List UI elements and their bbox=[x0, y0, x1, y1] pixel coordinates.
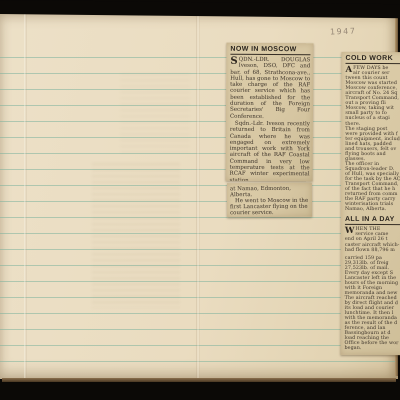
scrapbook-photo: { "annotation": { "page_number": "1947" … bbox=[0, 0, 400, 400]
clipping-paragraph: Sqdn.-Ldr. Iveson recently returned to B… bbox=[229, 121, 309, 182]
cold-work-body: A FEW DAYS beair courier sertween this c… bbox=[345, 66, 400, 213]
drop-cap: A bbox=[345, 66, 352, 75]
all-in-a-day-body: W HEN THEservice cameend on April 26 tca… bbox=[344, 227, 400, 351]
headline-now-in-moscow: NOW IN MOSCOW bbox=[230, 46, 310, 56]
clipping-now-in-moscow: NOW IN MOSCOW SQDN.-LDR. DOUGLAS Iveson,… bbox=[226, 43, 314, 182]
page-number-annotation: 1947 bbox=[330, 27, 357, 37]
clipping-body: SQDN.-LDR. DOUGLAS Iveson, DSO, DFC and … bbox=[229, 57, 310, 182]
drop-cap: W bbox=[345, 227, 355, 236]
print-bleed-through bbox=[120, 73, 190, 153]
drop-cap: S bbox=[230, 57, 237, 67]
clipping-text-line: Namao, Alberta. bbox=[345, 207, 400, 212]
clipping-namao-note: at Namao, Edmonton, Alberta. He went to … bbox=[227, 183, 312, 217]
clipping-paragraph: SQDN.-LDR. DOUGLAS Iveson, DSO, DFC and … bbox=[230, 57, 310, 121]
page-gutter-crease bbox=[196, 13, 200, 379]
clipping-text-line: began. bbox=[344, 346, 400, 351]
clipping-text-line: He went to Moscow in the first Lancaster… bbox=[230, 198, 309, 217]
headline-cold-work: COLD WORK bbox=[345, 55, 400, 64]
clipping-text-line: caster aircraft which- bbox=[345, 242, 400, 247]
print-bleed-through bbox=[92, 163, 180, 308]
clipping-text-line: at Namao, Edmonton, Alberta. bbox=[230, 185, 309, 198]
page-crease-left bbox=[24, 13, 27, 379]
clipping-text-line: had flown 88,796 m bbox=[345, 247, 400, 252]
scrapbook-page bbox=[0, 13, 398, 379]
page-edge bbox=[2, 378, 396, 382]
headline-all-in-a-day: ALL IN A DAY bbox=[345, 216, 400, 225]
clipping-cold-work: COLD WORK A FEW DAYS beair courier sertw… bbox=[340, 52, 400, 355]
clipping-text: QDN.-LDR. DOUGLAS Iveson, DSO, DFC and b… bbox=[230, 57, 310, 120]
